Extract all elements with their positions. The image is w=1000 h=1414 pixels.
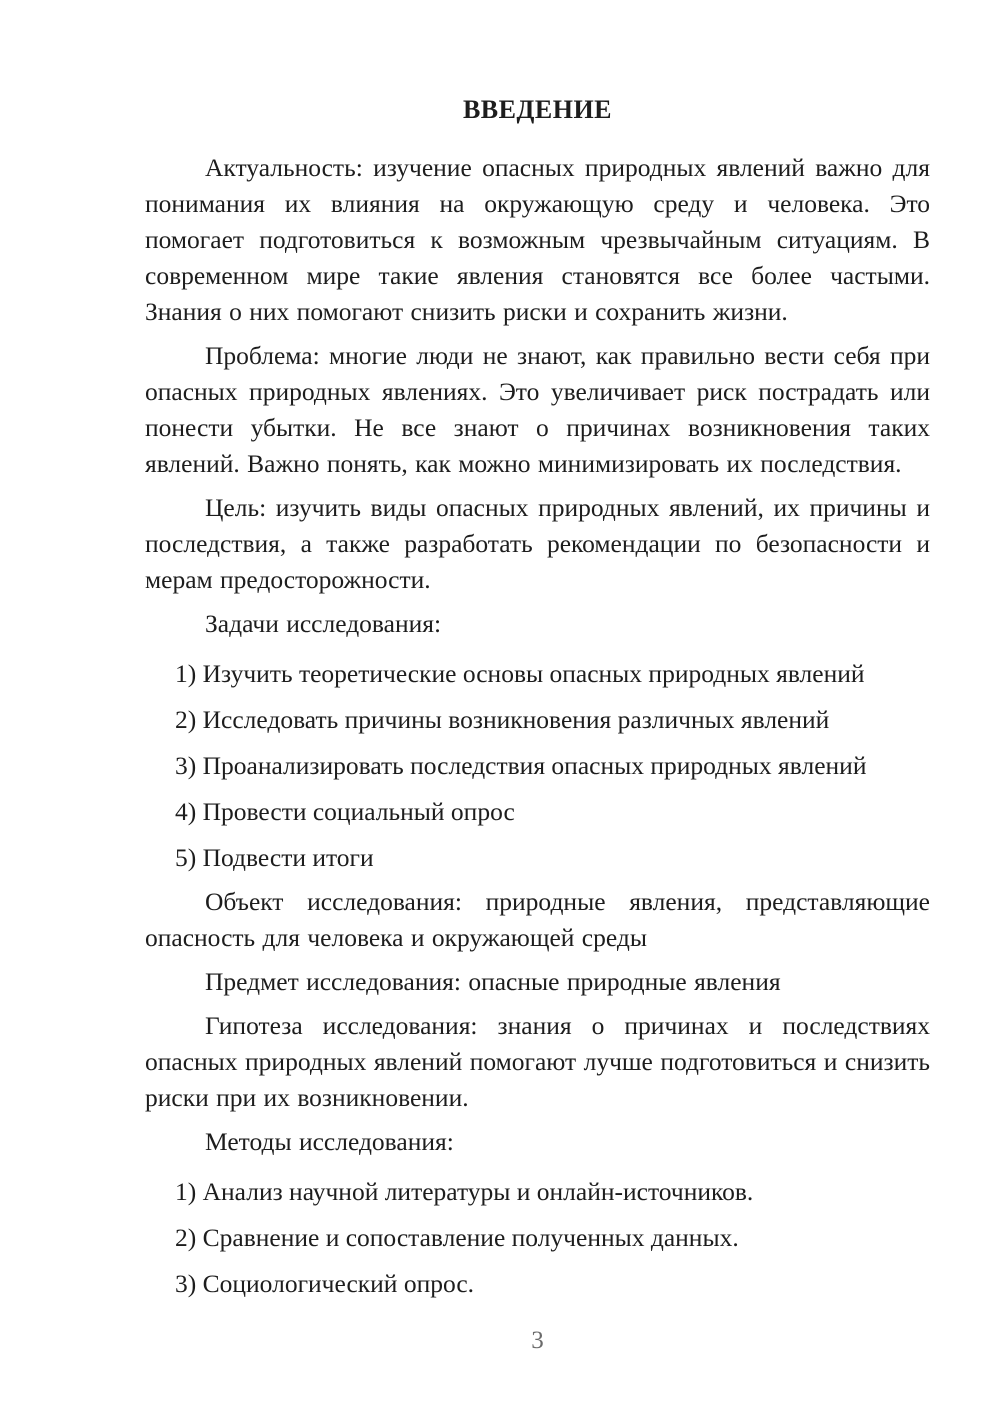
task-text: Подвести итоги xyxy=(203,843,374,872)
methods-list: 1) Анализ научной литературы и онлайн-ис… xyxy=(145,1174,930,1302)
task-text: Провести социальный опрос xyxy=(203,797,515,826)
paragraph-problem: Проблема: многие люди не знают, как прав… xyxy=(145,338,930,482)
task-number: 3) xyxy=(175,751,196,780)
methods-heading: Методы исследования: xyxy=(145,1124,930,1160)
task-item: 1) Изучить теоретические основы опасных … xyxy=(175,656,930,692)
page-number: 3 xyxy=(145,1326,930,1356)
method-text: Сравнение и сопоставление полученных дан… xyxy=(203,1223,739,1252)
method-item: 3) Социологический опрос. xyxy=(175,1266,930,1302)
task-item: 5) Подвести итоги xyxy=(175,840,930,876)
paragraph-subject: Предмет исследования: опасные природные … xyxy=(145,964,930,1000)
method-text: Социологический опрос. xyxy=(203,1269,474,1298)
paragraph-relevance: Актуальность: изучение опасных природных… xyxy=(145,150,930,330)
paragraph-object: Объект исследования: природные явления, … xyxy=(145,884,930,956)
task-number: 4) xyxy=(175,797,196,826)
tasks-heading: Задачи исследования: xyxy=(145,606,930,642)
tasks-list: 1) Изучить теоретические основы опасных … xyxy=(145,656,930,876)
task-item: 3) Проанализировать последствия опасных … xyxy=(175,748,930,784)
task-text: Изучить теоретические основы опасных при… xyxy=(203,659,865,688)
method-number: 3) xyxy=(175,1269,196,1298)
task-text: Проанализировать последствия опасных при… xyxy=(203,751,867,780)
task-number: 2) xyxy=(175,705,196,734)
document-page: ВВЕДЕНИЕ Актуальность: изучение опасных … xyxy=(0,0,1000,1414)
task-number: 1) xyxy=(175,659,196,688)
method-number: 2) xyxy=(175,1223,196,1252)
task-text: Исследовать причины возникновения различ… xyxy=(203,705,830,734)
method-number: 1) xyxy=(175,1177,196,1206)
paragraph-goal: Цель: изучить виды опасных природных явл… xyxy=(145,490,930,598)
method-text: Анализ научной литературы и онлайн-источ… xyxy=(203,1177,754,1206)
page-title: ВВЕДЕНИЕ xyxy=(145,96,930,124)
document-content: ВВЕДЕНИЕ Актуальность: изучение опасных … xyxy=(145,96,930,1310)
method-item: 2) Сравнение и сопоставление полученных … xyxy=(175,1220,930,1256)
task-item: 4) Провести социальный опрос xyxy=(175,794,930,830)
task-item: 2) Исследовать причины возникновения раз… xyxy=(175,702,930,738)
paragraph-hypothesis: Гипотеза исследования: знания о причинах… xyxy=(145,1008,930,1116)
task-number: 5) xyxy=(175,843,196,872)
method-item: 1) Анализ научной литературы и онлайн-ис… xyxy=(175,1174,930,1210)
